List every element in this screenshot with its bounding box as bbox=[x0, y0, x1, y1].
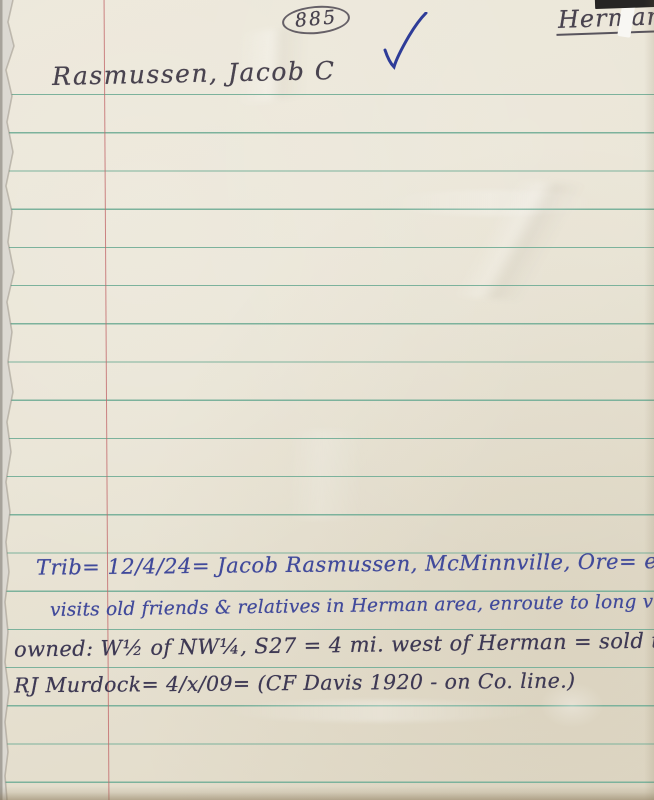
scanned-ledger-page: 885 Herman Rasmussen, Jacob C Trib= 12/4… bbox=[0, 0, 654, 800]
bottom-edge-shadow bbox=[0, 786, 654, 800]
embossed-impression bbox=[220, 700, 540, 722]
note-line-4: RJ Murdock= 4/x/09= (CF Davis 1920 - on … bbox=[14, 670, 576, 697]
checkmark-ink-icon bbox=[378, 12, 432, 70]
right-edge-shadow bbox=[644, 0, 654, 800]
paper-crease bbox=[40, 430, 600, 520]
paper-crease bbox=[376, 171, 644, 309]
note-line-3: owned: W½ of NW¼, S27 = 4 mi. west of He… bbox=[14, 629, 654, 661]
note-line-1: Trib= 12/4/24= Jacob Rasmussen, McMinnvi… bbox=[36, 549, 654, 579]
page-number-circled: 885 bbox=[281, 3, 351, 37]
name-heading: Rasmussen, Jacob C bbox=[52, 57, 336, 90]
embossed-impression bbox=[380, 190, 600, 216]
page-number: 885 bbox=[281, 3, 351, 37]
note-line-2: visits old friends & relatives in Herman… bbox=[50, 591, 654, 621]
